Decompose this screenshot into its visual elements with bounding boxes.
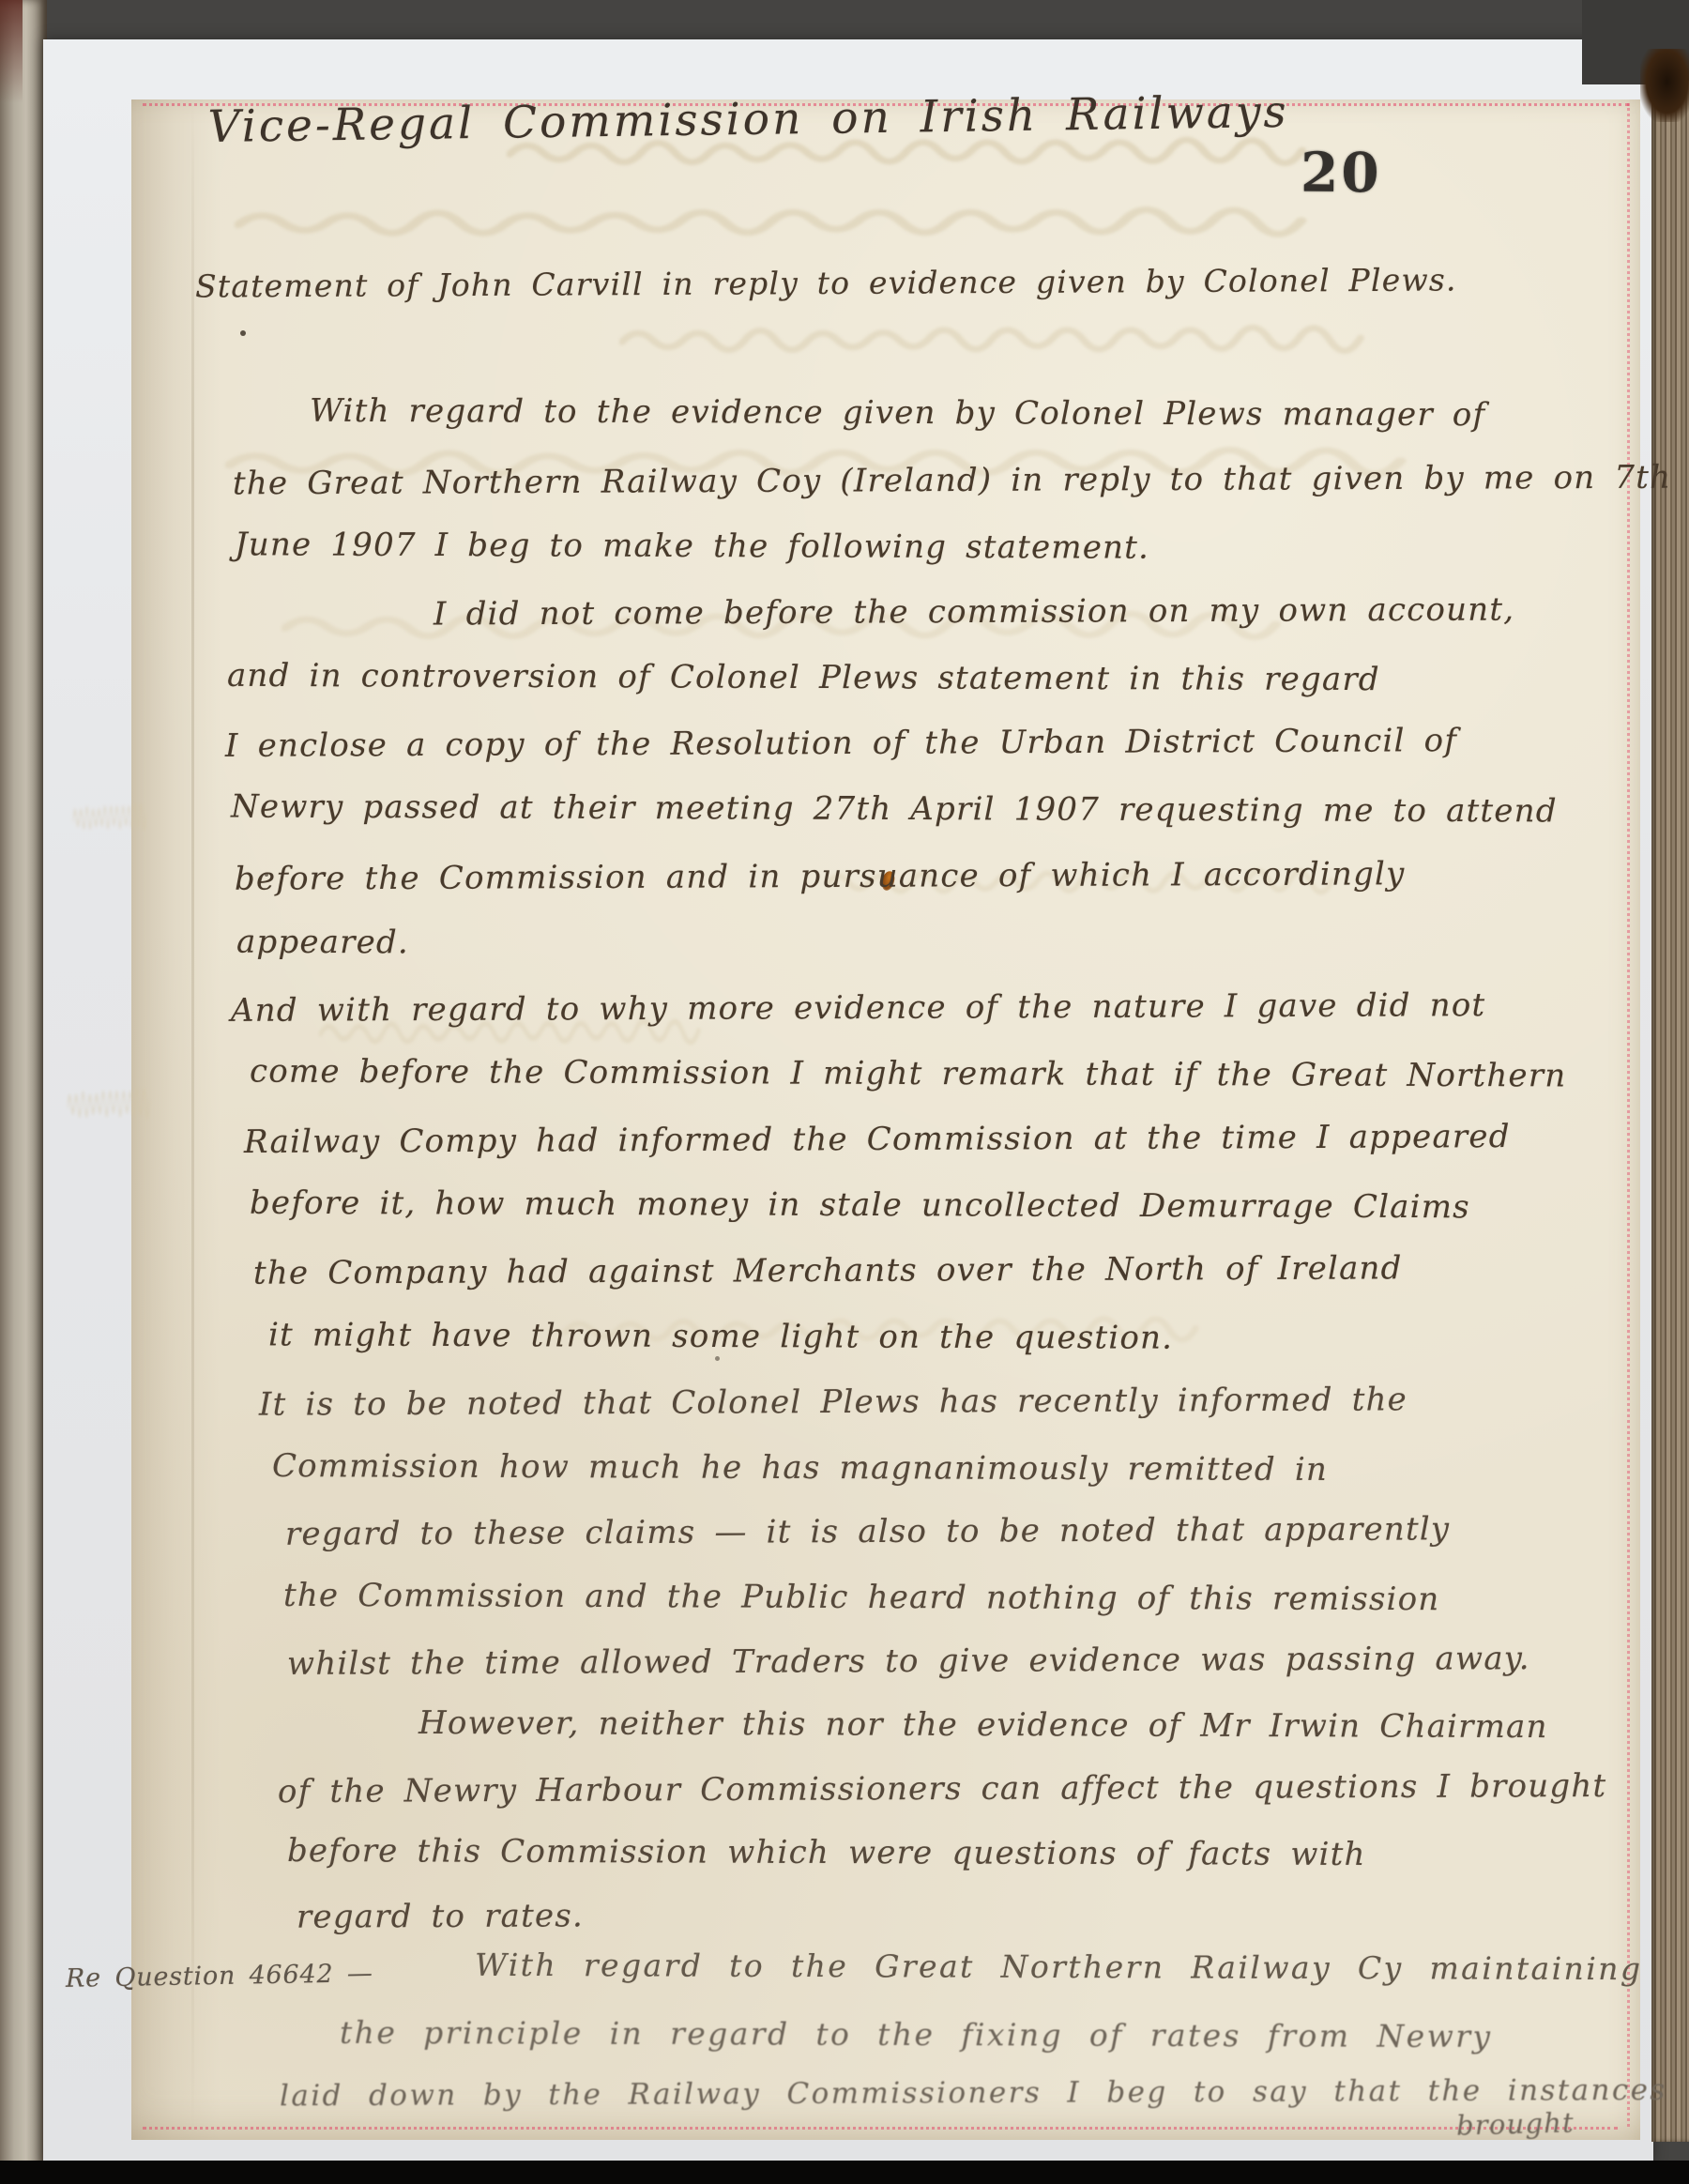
manuscript-line: and in controversion of Colonel Plews st…: [227, 657, 1380, 698]
book-fore-edge: [1651, 81, 1689, 2142]
ruled-margin-bottom: [143, 2127, 1618, 2130]
manuscript-line: the Company had against Merchants over t…: [253, 1249, 1403, 1291]
manuscript-line: I enclose a copy of the Resolution of th…: [225, 722, 1457, 765]
manuscript-line: Commission how much he has magnanimously…: [272, 1447, 1328, 1489]
ink-speck: [240, 330, 246, 336]
bleed-through-mark: [619, 317, 1389, 359]
background-bottom: [0, 2161, 1689, 2184]
manuscript-line: June 1907 I beg to make the following st…: [235, 526, 1149, 566]
manuscript-line: before the Commission and in pursuance o…: [235, 855, 1406, 897]
manuscript-line: Railway Compy had informed the Commissio…: [244, 1118, 1511, 1161]
manuscript-line: However, neither this nor the evidence o…: [418, 1704, 1548, 1746]
manuscript-line: regard to these claims — it is also to b…: [285, 1510, 1450, 1552]
edge-stain: [1640, 49, 1689, 122]
scanned-manuscript-photo: Vice-Regal Commission on Irish Railways …: [0, 0, 1689, 2184]
manuscript-line: before it, how much money in stale uncol…: [250, 1184, 1470, 1227]
manuscript-line: come before the Commission I might remar…: [250, 1053, 1566, 1095]
manuscript-line-faint: the principle in regard to the fixing of…: [340, 2014, 1493, 2054]
book-spine-edge: [0, 0, 47, 2184]
manuscript-line: it might have thrown some light on the q…: [268, 1316, 1173, 1356]
bleed-through-mark: [73, 796, 148, 835]
manuscript-line: the Commission and the Public heard noth…: [283, 1577, 1440, 1618]
ruled-margin-right: [1627, 103, 1630, 2127]
spine-shadow: [0, 0, 23, 103]
margin-note: Re Question 46642 —: [66, 1959, 373, 1993]
bleed-through-mark: [68, 1079, 152, 1124]
statement-heading: Statement of John Carvill in reply to ev…: [195, 261, 1457, 304]
manuscript-line: Newry passed at their meeting 27th April…: [231, 788, 1558, 831]
manuscript-line: regard to rates.: [297, 1897, 584, 1935]
page-crease: [191, 99, 194, 2140]
catchword: brought: [1456, 2106, 1575, 2141]
ink-speck: [715, 1356, 720, 1361]
manuscript-line: It is to be noted that Colonel Plews has…: [259, 1381, 1407, 1423]
manuscript-line: And with regard to why more evidence of …: [231, 986, 1485, 1030]
manuscript-line: With regard to the evidence given by Col…: [310, 392, 1485, 434]
folio-number-stamp: 20: [1301, 141, 1382, 206]
bleed-through-mark: [235, 199, 1342, 242]
manuscript-line: whilst the time allowed Traders to give …: [287, 1640, 1530, 1683]
manuscript-line: appeared.: [236, 924, 409, 962]
manuscript-line: the Great Northern Railway Coy (Ireland)…: [233, 459, 1671, 503]
manuscript-line: With regard to the Great Northern Railwa…: [475, 1947, 1643, 1987]
manuscript-line: before this Commission which were questi…: [287, 1832, 1366, 1873]
manuscript-line: I did not come before the commission on …: [434, 590, 1514, 633]
manuscript-line: of the Newry Harbour Commissioners can a…: [278, 1767, 1606, 1810]
manuscript-line-faint: laid down by the Railway Commissioners I…: [280, 2073, 1689, 2114]
